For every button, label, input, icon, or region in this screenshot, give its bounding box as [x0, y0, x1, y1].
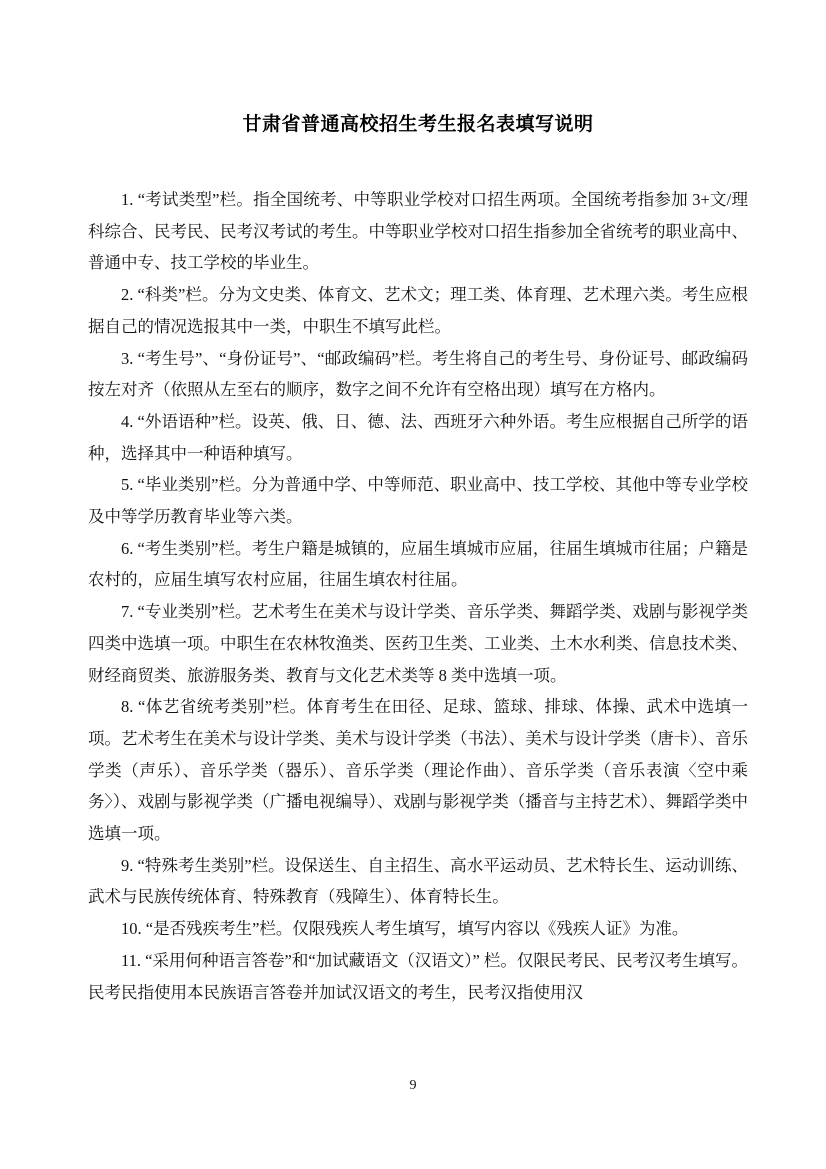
instruction-paragraph-2: 2. “科类”栏。分为文史类、体育文、艺术文；理工类、体育理、艺术理六类。考生应…: [88, 279, 748, 342]
document-title: 甘肃省普通高校招生考生报名表填写说明: [88, 111, 748, 138]
instruction-paragraph-11: 11. “采用何种语言答卷”和“加试藏语文（汉语文）” 栏。仅限民考民、民考汉考…: [88, 945, 748, 1008]
instruction-paragraph-9: 9. “特殊考生类别”栏。设保送生、自主招生、高水平运动员、艺术特长生、运动训练…: [88, 850, 748, 913]
page-number: 9: [0, 1078, 826, 1094]
instruction-paragraph-4: 4. “外语语种”栏。设英、俄、日、德、法、西班牙六种外语。考生应根据自己所学的…: [88, 406, 748, 469]
document-page: 甘肃省普通高校招生考生报名表填写说明 1. “考试类型”栏。指全国统考、中等职业…: [0, 0, 826, 1169]
instruction-paragraph-10: 10. “是否残疾考生”栏。仅限残疾人考生填写，填写内容以《残疾人证》为准。: [88, 913, 748, 945]
document-body: 1. “考试类型”栏。指全国统考、中等职业学校对口招生两项。全国统考指参加 3+…: [88, 184, 748, 1008]
instruction-paragraph-6: 6. “考生类别”栏。考生户籍是城镇的，应届生填城市应届，往届生填城市往届；户籍…: [88, 533, 748, 596]
instruction-paragraph-5: 5. “毕业类别”栏。分为普通中学、中等师范、职业高中、技工学校、其他中等专业学…: [88, 469, 748, 532]
document-content: 甘肃省普通高校招生考生报名表填写说明 1. “考试类型”栏。指全国统考、中等职业…: [88, 0, 748, 1008]
instruction-paragraph-1: 1. “考试类型”栏。指全国统考、中等职业学校对口招生两项。全国统考指参加 3+…: [88, 184, 748, 279]
instruction-paragraph-7: 7. “专业类别”栏。艺术考生在美术与设计学类、音乐学类、舞蹈学类、戏剧与影视学…: [88, 596, 748, 691]
instruction-paragraph-3: 3. “考生号”、“身份证号”、“邮政编码”栏。考生将自己的考生号、身份证号、邮…: [88, 343, 748, 406]
instruction-paragraph-8: 8. “体艺省统考类别”栏。体育考生在田径、足球、篮球、排球、体操、武术中选填一…: [88, 691, 748, 850]
